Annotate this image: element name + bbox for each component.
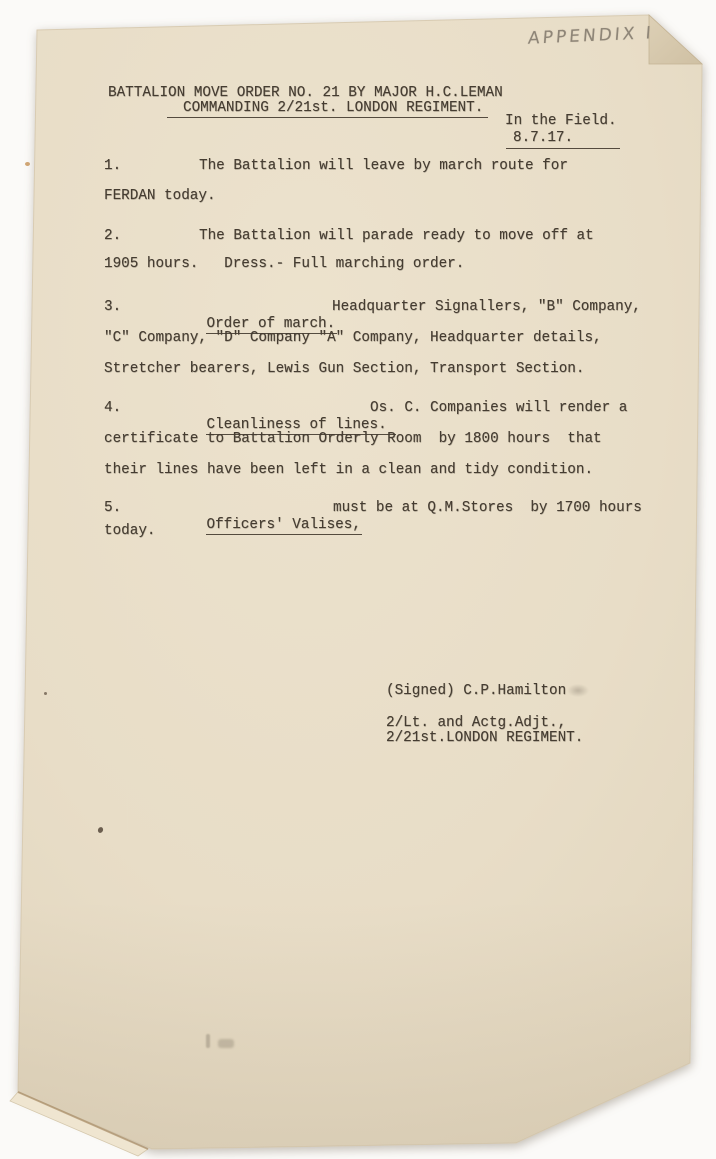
para2-line2: 1905 hours. Dress.- Full marching order. <box>104 256 464 273</box>
pencil-smudge <box>567 684 589 697</box>
para5-heading: Officers' Valises, <box>206 517 361 535</box>
stain-speck <box>25 162 30 166</box>
para1-line2: FERDAN today. <box>104 188 216 205</box>
para4-line1-rest: Os. C. Companies will render a <box>370 400 627 417</box>
appendix-annotation: APPENDIX I <box>527 23 654 49</box>
ink-speck-small <box>44 692 47 695</box>
para3-line3: Stretcher bearers, Lewis Gun Section, Tr… <box>104 361 584 378</box>
place-line: In the Field. <box>505 113 617 130</box>
signature-line3: 2/21st.LONDON REGIMENT. <box>386 730 583 747</box>
faint-pencil-mark <box>206 1034 210 1048</box>
para3-number: 3. <box>104 299 121 316</box>
para1-number: 1. <box>104 158 121 175</box>
para4-line3: their lines have been left in a clean an… <box>104 462 593 479</box>
document-content: APPENDIX I BATTALION MOVE ORDER NO. 21 B… <box>0 0 716 1159</box>
para5-line1-rest: must be at Q.M.Stores by 1700 hours <box>333 500 642 517</box>
para5-line2: today. <box>104 523 155 540</box>
ink-speck <box>97 826 104 834</box>
para3-line2: "C" Company, "D" Company "A" Company, He… <box>104 330 602 347</box>
date-line: 8.7.17. <box>506 130 620 149</box>
para4-line2: certificate to Battalion Orderly Room by… <box>104 431 602 448</box>
signature-line1: (Signed) C.P.Hamilton <box>386 683 566 700</box>
para4-number: 4. <box>104 400 121 417</box>
para5-number: 5. <box>104 500 121 517</box>
para3-line1-rest: Headquarter Signallers, "B" Company, <box>332 299 641 316</box>
para1-line1: The Battalion will leave by march route … <box>199 158 568 175</box>
faint-pencil-mark <box>218 1039 234 1048</box>
para2-line1: The Battalion will parade ready to move … <box>199 228 594 245</box>
document-photo: APPENDIX I BATTALION MOVE ORDER NO. 21 B… <box>0 0 716 1159</box>
para2-number: 2. <box>104 228 121 245</box>
title-line2: COMMANDING 2/21st. LONDON REGIMENT. <box>167 100 488 118</box>
